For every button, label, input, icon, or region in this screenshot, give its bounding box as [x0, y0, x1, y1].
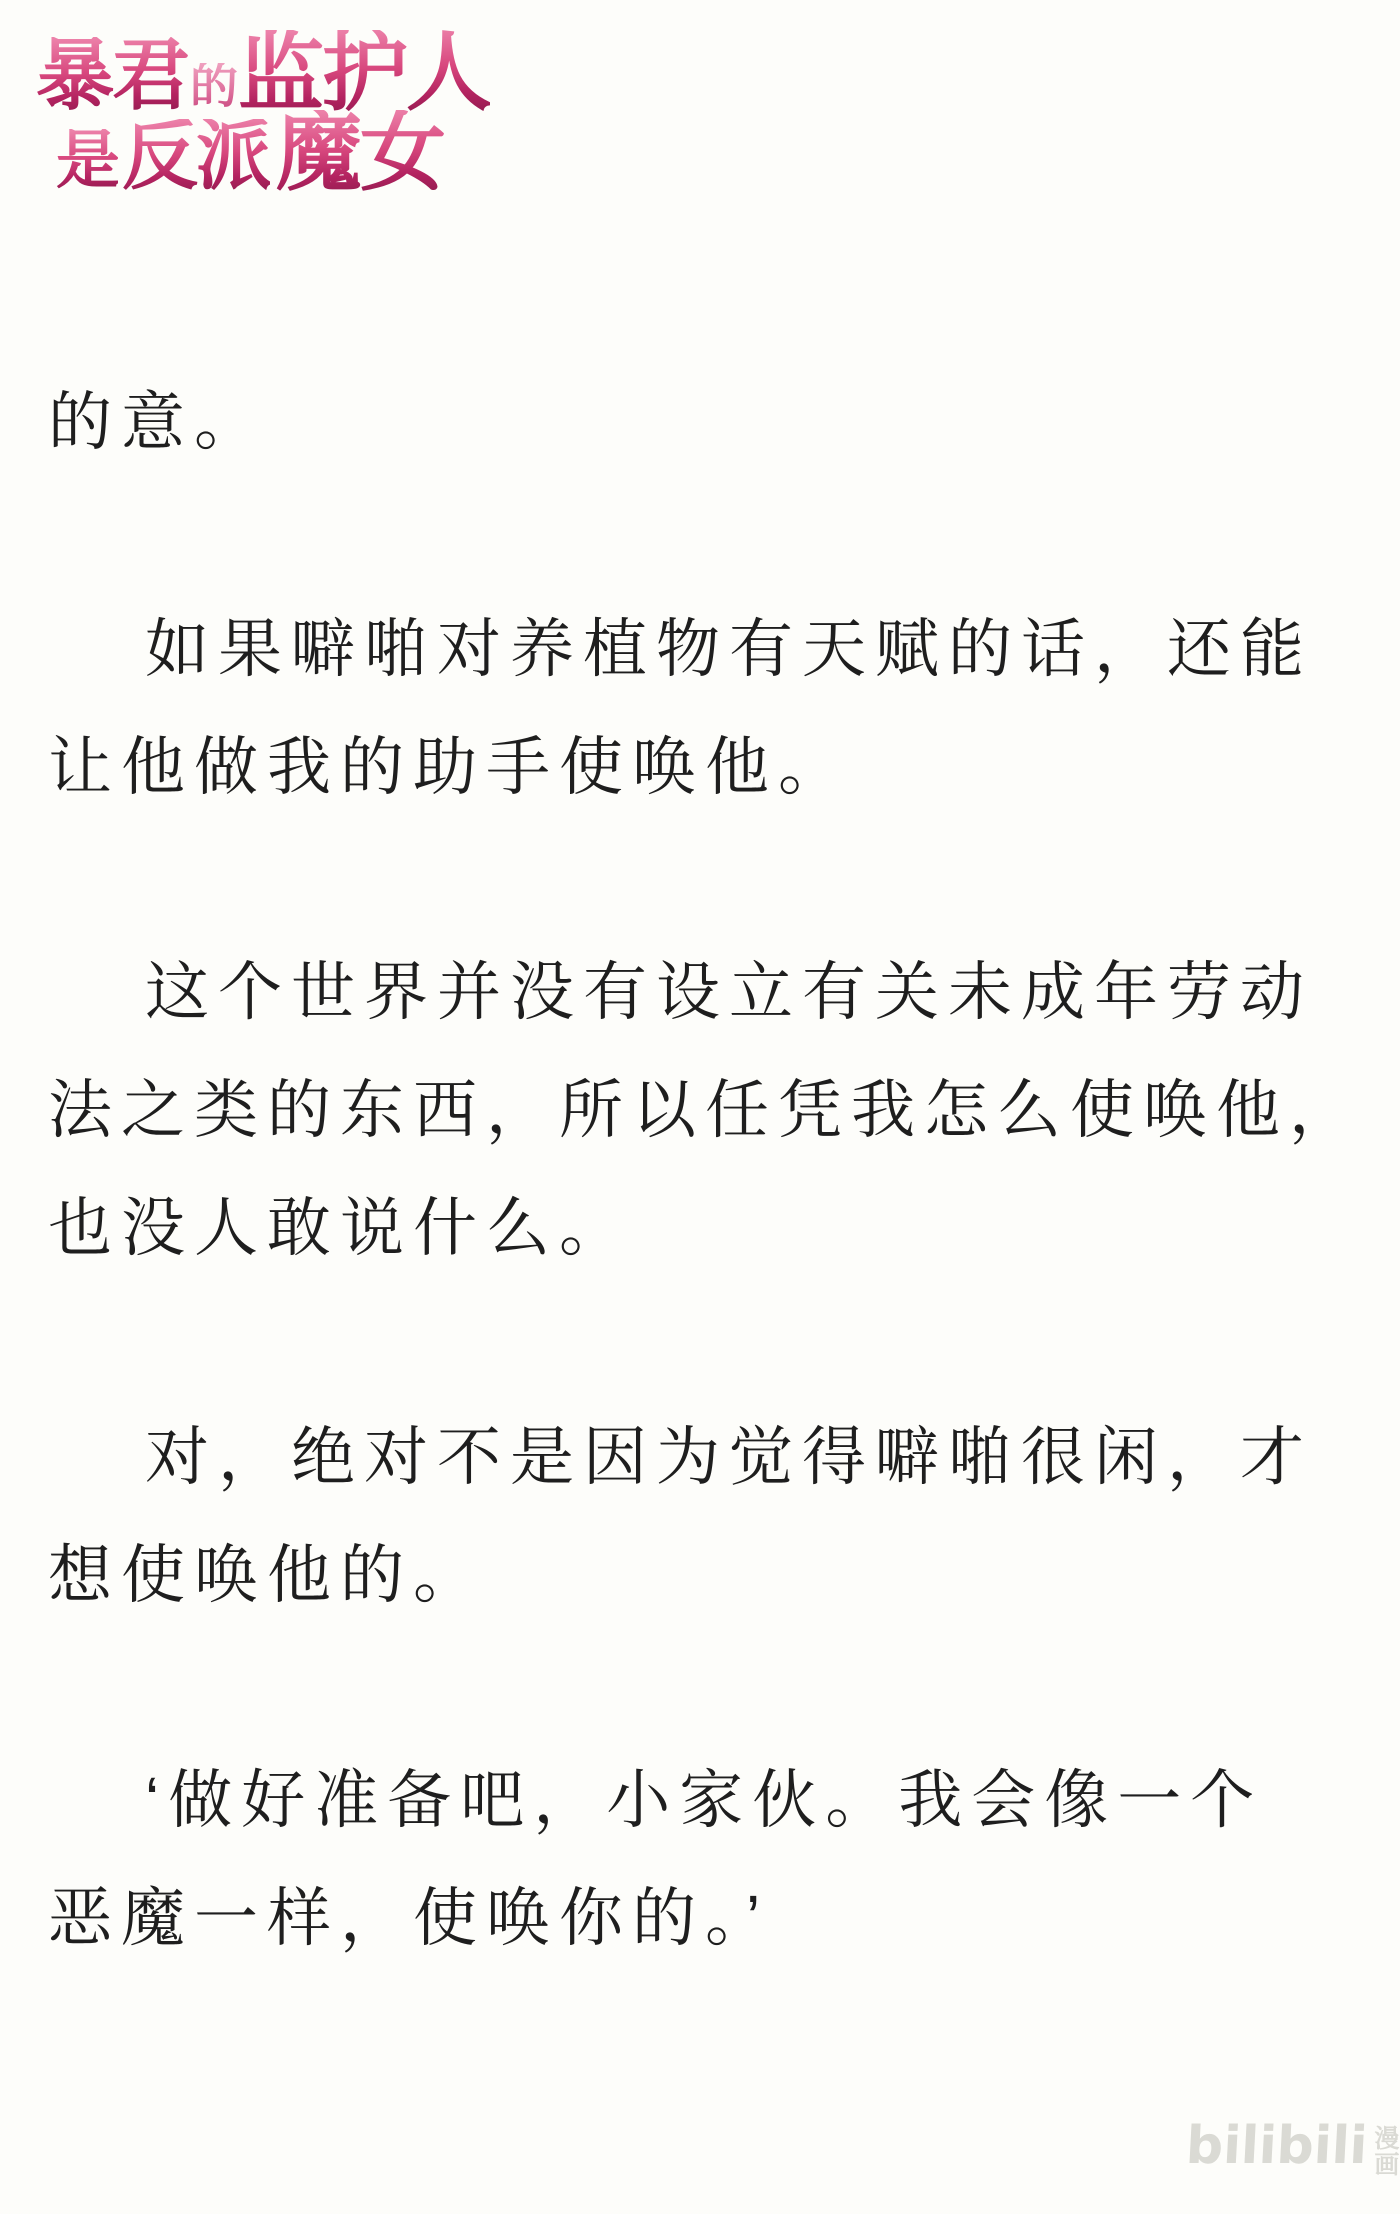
text-line: 的意。: [48, 363, 1382, 481]
paragraph-1: 的意。: [48, 363, 1382, 481]
paragraph-5: ‘做好准备吧，小家伙。我会像一个 恶魔一样，使唤你的。’: [48, 1741, 1382, 1977]
logo-text-baojun: 暴君: [36, 37, 188, 115]
bilibili-logo-text: bilibili: [1185, 2118, 1369, 2174]
logo-text-fanpai: 反派: [118, 119, 270, 195]
manhua-char-1: 漫: [1374, 2126, 1399, 2152]
paragraph-3: 这个世界并没有设立有关未成年劳动 法之类的东西，所以任凭我怎么使唤他， 也没人敢…: [48, 933, 1382, 1287]
text-line: 也没人敢说什么。: [48, 1169, 1382, 1287]
text-line: 想使唤他的。: [48, 1516, 1382, 1634]
paragraph-4: 对，绝对不是因为觉得噼啪很闲，才 想使唤他的。: [48, 1398, 1382, 1634]
logo-line-2: 是 反派 魔女: [56, 110, 490, 196]
bilibili-watermark: bilibili 漫 画: [1186, 2118, 1399, 2178]
novel-text-page: 暴君 的 监护人 是 反派 魔女 的意。 如果噼啪对养植物有天赋的话，还能 让他…: [0, 0, 1400, 2214]
text-line: 恶魔一样，使唤你的。’: [48, 1859, 1382, 1977]
logo-text-shi: 是: [56, 129, 118, 193]
paragraph-2: 如果噼啪对养植物有天赋的话，还能 让他做我的助手使唤他。: [48, 590, 1382, 826]
text-line: ‘做好准备吧，小家伙。我会像一个: [48, 1741, 1382, 1859]
logo-text-jianhuren: 监护人: [238, 30, 490, 116]
logo-text-de: 的: [188, 63, 238, 111]
text-line: 如果噼啪对养植物有天赋的话，还能: [48, 590, 1382, 708]
text-line: 对，绝对不是因为觉得噼啪很闲，才: [48, 1398, 1382, 1516]
series-logo: 暴君 的 监护人 是 反派 魔女: [36, 30, 490, 196]
logo-line-1: 暴君 的 监护人: [36, 30, 490, 116]
text-line: 让他做我的助手使唤他。: [48, 708, 1382, 826]
text-line: 法之类的东西，所以任凭我怎么使唤他，: [48, 1051, 1382, 1169]
logo-text-monv: 魔女: [270, 110, 444, 196]
manhua-char-2: 画: [1374, 2152, 1399, 2178]
manhua-label: 漫 画: [1374, 2126, 1399, 2178]
text-line: 这个世界并没有设立有关未成年劳动: [48, 933, 1382, 1051]
